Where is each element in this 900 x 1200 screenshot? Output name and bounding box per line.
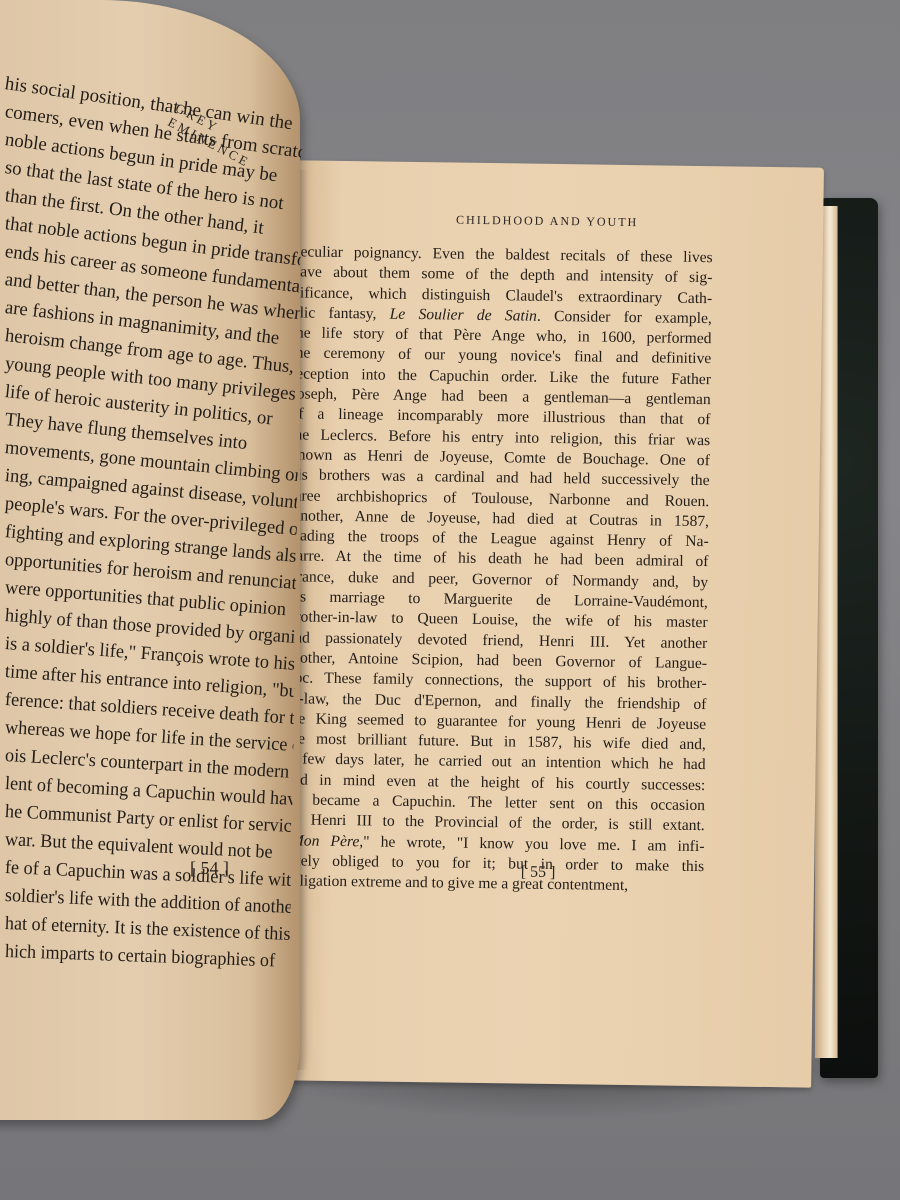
book-photograph: CHILDHOOD AND YOUTH peculiar poignancy. … — [0, 0, 900, 1200]
right-page: CHILDHOOD AND YOUTH peculiar poignancy. … — [259, 160, 824, 1088]
left-page-number: [ 54 ] — [190, 858, 229, 879]
right-running-head: CHILDHOOD AND YOUTH — [271, 210, 823, 233]
right-page-body: peculiar poignancy. Even the baldest rec… — [284, 242, 713, 897]
left-page: GREY EMINENCE his social position, that … — [0, 0, 300, 1120]
left-page-body: his social position, that he can win the… — [5, 70, 335, 966]
